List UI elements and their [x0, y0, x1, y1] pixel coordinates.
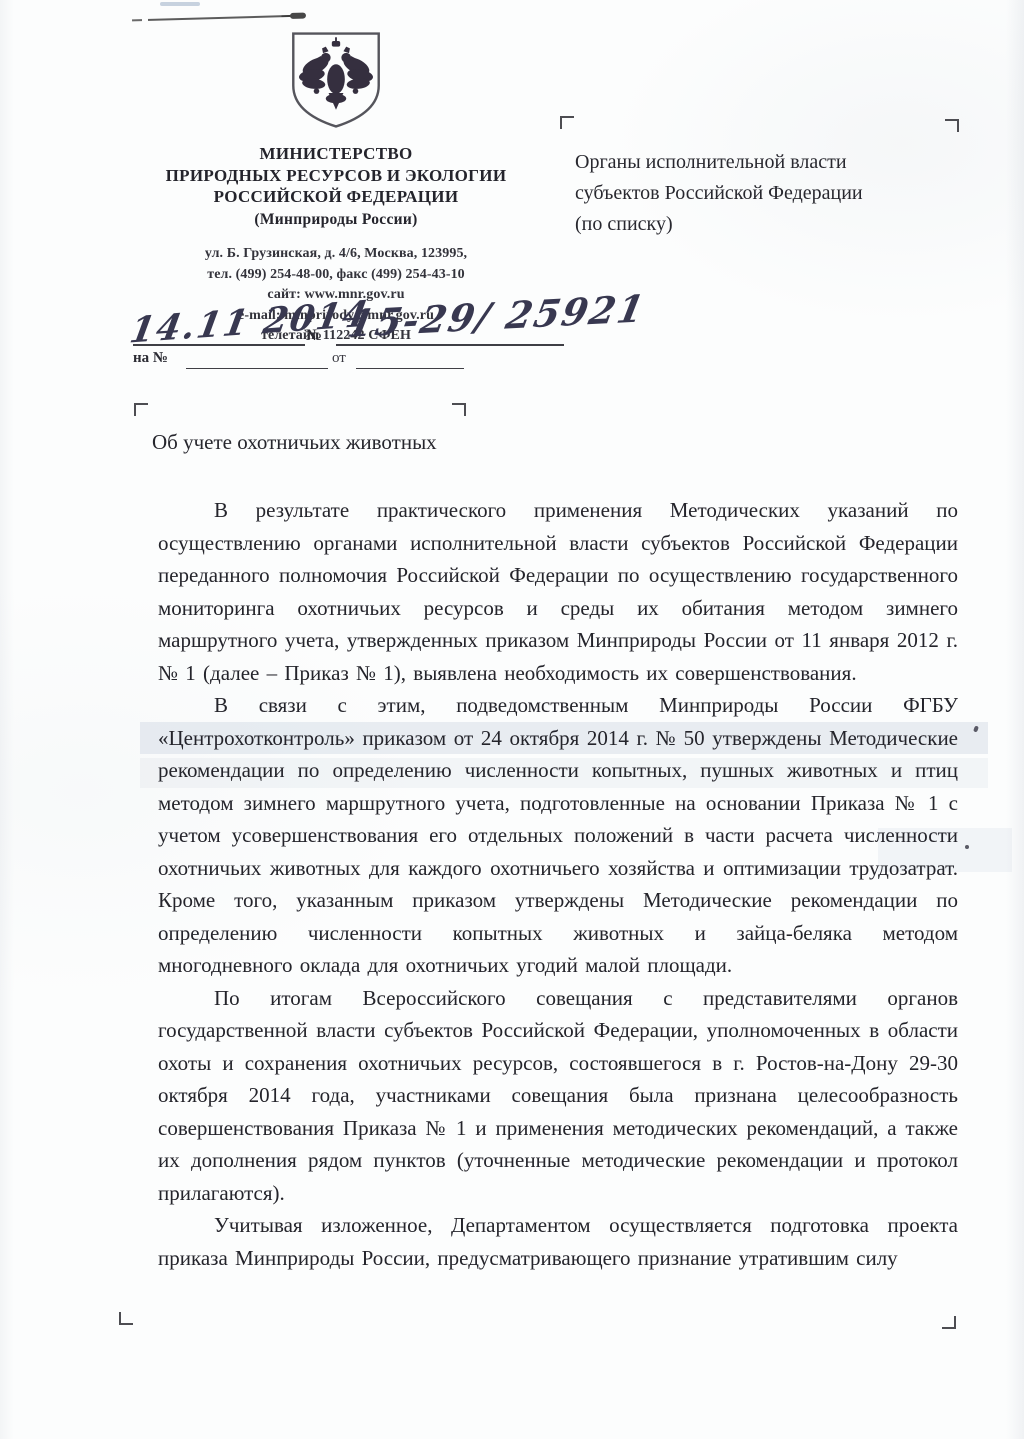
body-paragraph: В результате практического применения Ме…: [158, 494, 958, 689]
addressee-line: Органы исполнительной власти: [575, 147, 925, 178]
ministry-line: МИНИСТЕРСТВО: [112, 143, 560, 165]
corner-mark-subject-left: [134, 403, 148, 416]
corner-mark-addressee-left: [560, 116, 574, 129]
corner-mark-subject-right: [452, 403, 466, 416]
addressee-line: субъектов Российской Федерации: [575, 178, 925, 209]
letter-body: В результате практического применения Ме…: [158, 494, 958, 1274]
corner-mark-bottom-right: [942, 1316, 956, 1329]
scan-dot-artifact: [965, 845, 969, 849]
scan-artifact-blue-dash: [160, 2, 200, 6]
ministry-line: РОССИЙСКОЙ ФЕДЕРАЦИИ: [112, 186, 560, 208]
reply-number-underline: [186, 368, 328, 369]
number-sign: №: [306, 327, 322, 345]
number-underline: [336, 344, 564, 346]
coat-of-arms-icon: [280, 28, 392, 132]
scan-artifact-top-line: [132, 15, 302, 22]
reply-date-underline: [356, 368, 464, 369]
addressee-block: Органы исполнительной власти субъектов Р…: [575, 147, 925, 240]
ministry-name: МИНИСТЕРСТВО ПРИРОДНЫХ РЕСУРСОВ И ЭКОЛОГ…: [112, 143, 560, 230]
reply-from-label: от: [332, 350, 346, 367]
corner-mark-bottom-left: [119, 1312, 133, 1325]
reply-to-label: на №: [133, 350, 168, 367]
scan-dot-artifact: [973, 725, 979, 732]
subject-line: Об учете охотничьих животных: [152, 430, 437, 455]
body-paragraph: По итогам Всероссийского совещания с пре…: [158, 982, 958, 1210]
date-underline: [133, 344, 305, 346]
addressee-line: (по списку): [575, 209, 925, 240]
corner-mark-addressee-right: [945, 119, 959, 132]
scanned-letter-page: МИНИСТЕРСТВО ПРИРОДНЫХ РЕСУРСОВ И ЭКОЛОГ…: [0, 0, 1024, 1439]
contact-address: ул. Б. Грузинская, д. 4/6, Москва, 12399…: [112, 244, 560, 265]
body-paragraph: В связи с этим, подведомственным Минприр…: [158, 689, 958, 982]
contact-phone-fax: тел. (499) 254-48-00, факс (499) 254-43-…: [112, 265, 560, 286]
ministry-line: ПРИРОДНЫХ РЕСУРСОВ И ЭКОЛОГИИ: [112, 165, 560, 187]
ministry-short-name: (Минприроды России): [112, 209, 560, 231]
body-paragraph: Учитывая изложенное, Департаментом осуще…: [158, 1209, 958, 1274]
